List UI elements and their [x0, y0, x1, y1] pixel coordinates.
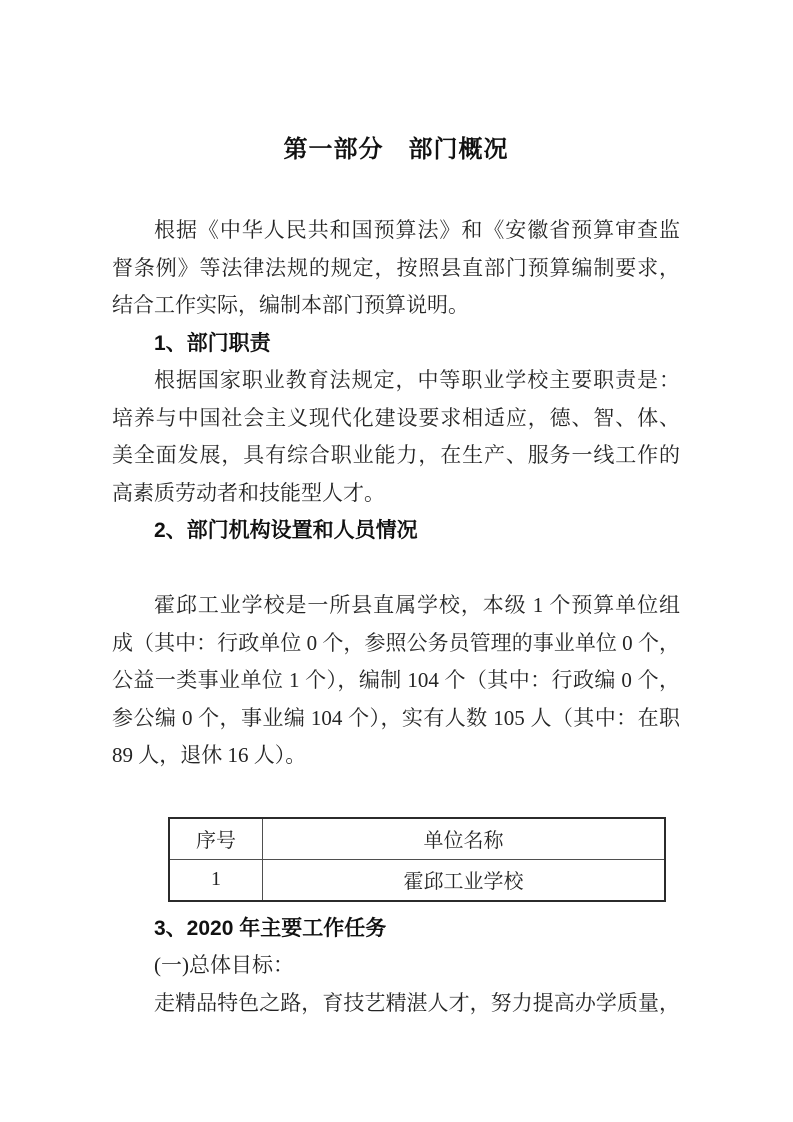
text-line: 根据《中华人民共和国预算法》和《安徽省预算审查监 [112, 212, 680, 250]
text-line: 参公编 0 个，事业编 104 个），实有人数 105 人（其中：在职 [112, 700, 680, 738]
table-cell-seq: 1 [169, 859, 263, 901]
text-line: 公益一类事业单位 1 个），编制 104 个（其中：行政编 0 个， [112, 662, 680, 700]
intro-paragraph: 根据《中华人民共和国预算法》和《安徽省预算审查监 督条例》等法律法规的规定，按照… [112, 212, 680, 325]
section-heading-1: 1、部门职责 [112, 325, 680, 363]
page-content: 第一部分 部门概况 根据《中华人民共和国预算法》和《安徽省预算审查监 督条例》等… [0, 0, 793, 1022]
page-title: 第一部分 部门概况 [112, 0, 680, 167]
text-line: 成（其中：行政单位 0 个，参照公务员管理的事业单位 0 个， [112, 625, 680, 663]
section-heading-3: 3、2020 年主要工作任务 [112, 910, 680, 948]
duties-paragraph: 根据国家职业教育法规定，中等职业学校主要职责是： 培养与中国社会主义现代化建设要… [112, 362, 680, 512]
text-line: 结合工作实际，编制本部门预算说明。 [112, 287, 680, 325]
goal-label: (一)总体目标： [112, 947, 680, 985]
document-page: 第一部分 部门概况 根据《中华人民共和国预算法》和《安徽省预算审查监 督条例》等… [0, 0, 793, 1122]
text-line: 美全面发展，具有综合职业能力，在生产、服务一线工作的 [112, 437, 680, 475]
text-line: 89 人，退休 16 人）。 [112, 737, 680, 775]
section-heading-2: 2、部门机构设置和人员情况 [112, 512, 680, 550]
table-cell-unit-name: 霍邱工业学校 [263, 859, 666, 901]
unit-table: 序号 单位名称 1 霍邱工业学校 [168, 817, 666, 902]
goal-line: 走精品特色之路，育技艺精湛人才，努力提高办学质量， [112, 985, 680, 1023]
text-line: 督条例》等法律法规的规定，按照县直部门预算编制要求， [112, 250, 680, 288]
text-line: 培养与中国社会主义现代化建设要求相适应，德、智、体、 [112, 400, 680, 438]
text-line: 高素质劳动者和技能型人才。 [112, 475, 680, 513]
text-line: 根据国家职业教育法规定，中等职业学校主要职责是： [112, 362, 680, 400]
table-header-row: 序号 单位名称 [169, 818, 665, 860]
table-row: 1 霍邱工业学校 [169, 859, 665, 901]
table-header-unit-name: 单位名称 [263, 818, 666, 860]
org-paragraph: 霍邱工业学校是一所县直属学校，本级 1 个预算单位组 成（其中：行政单位 0 个… [112, 587, 680, 775]
table-header-seq: 序号 [169, 818, 263, 860]
text-line: 霍邱工业学校是一所县直属学校，本级 1 个预算单位组 [112, 587, 680, 625]
